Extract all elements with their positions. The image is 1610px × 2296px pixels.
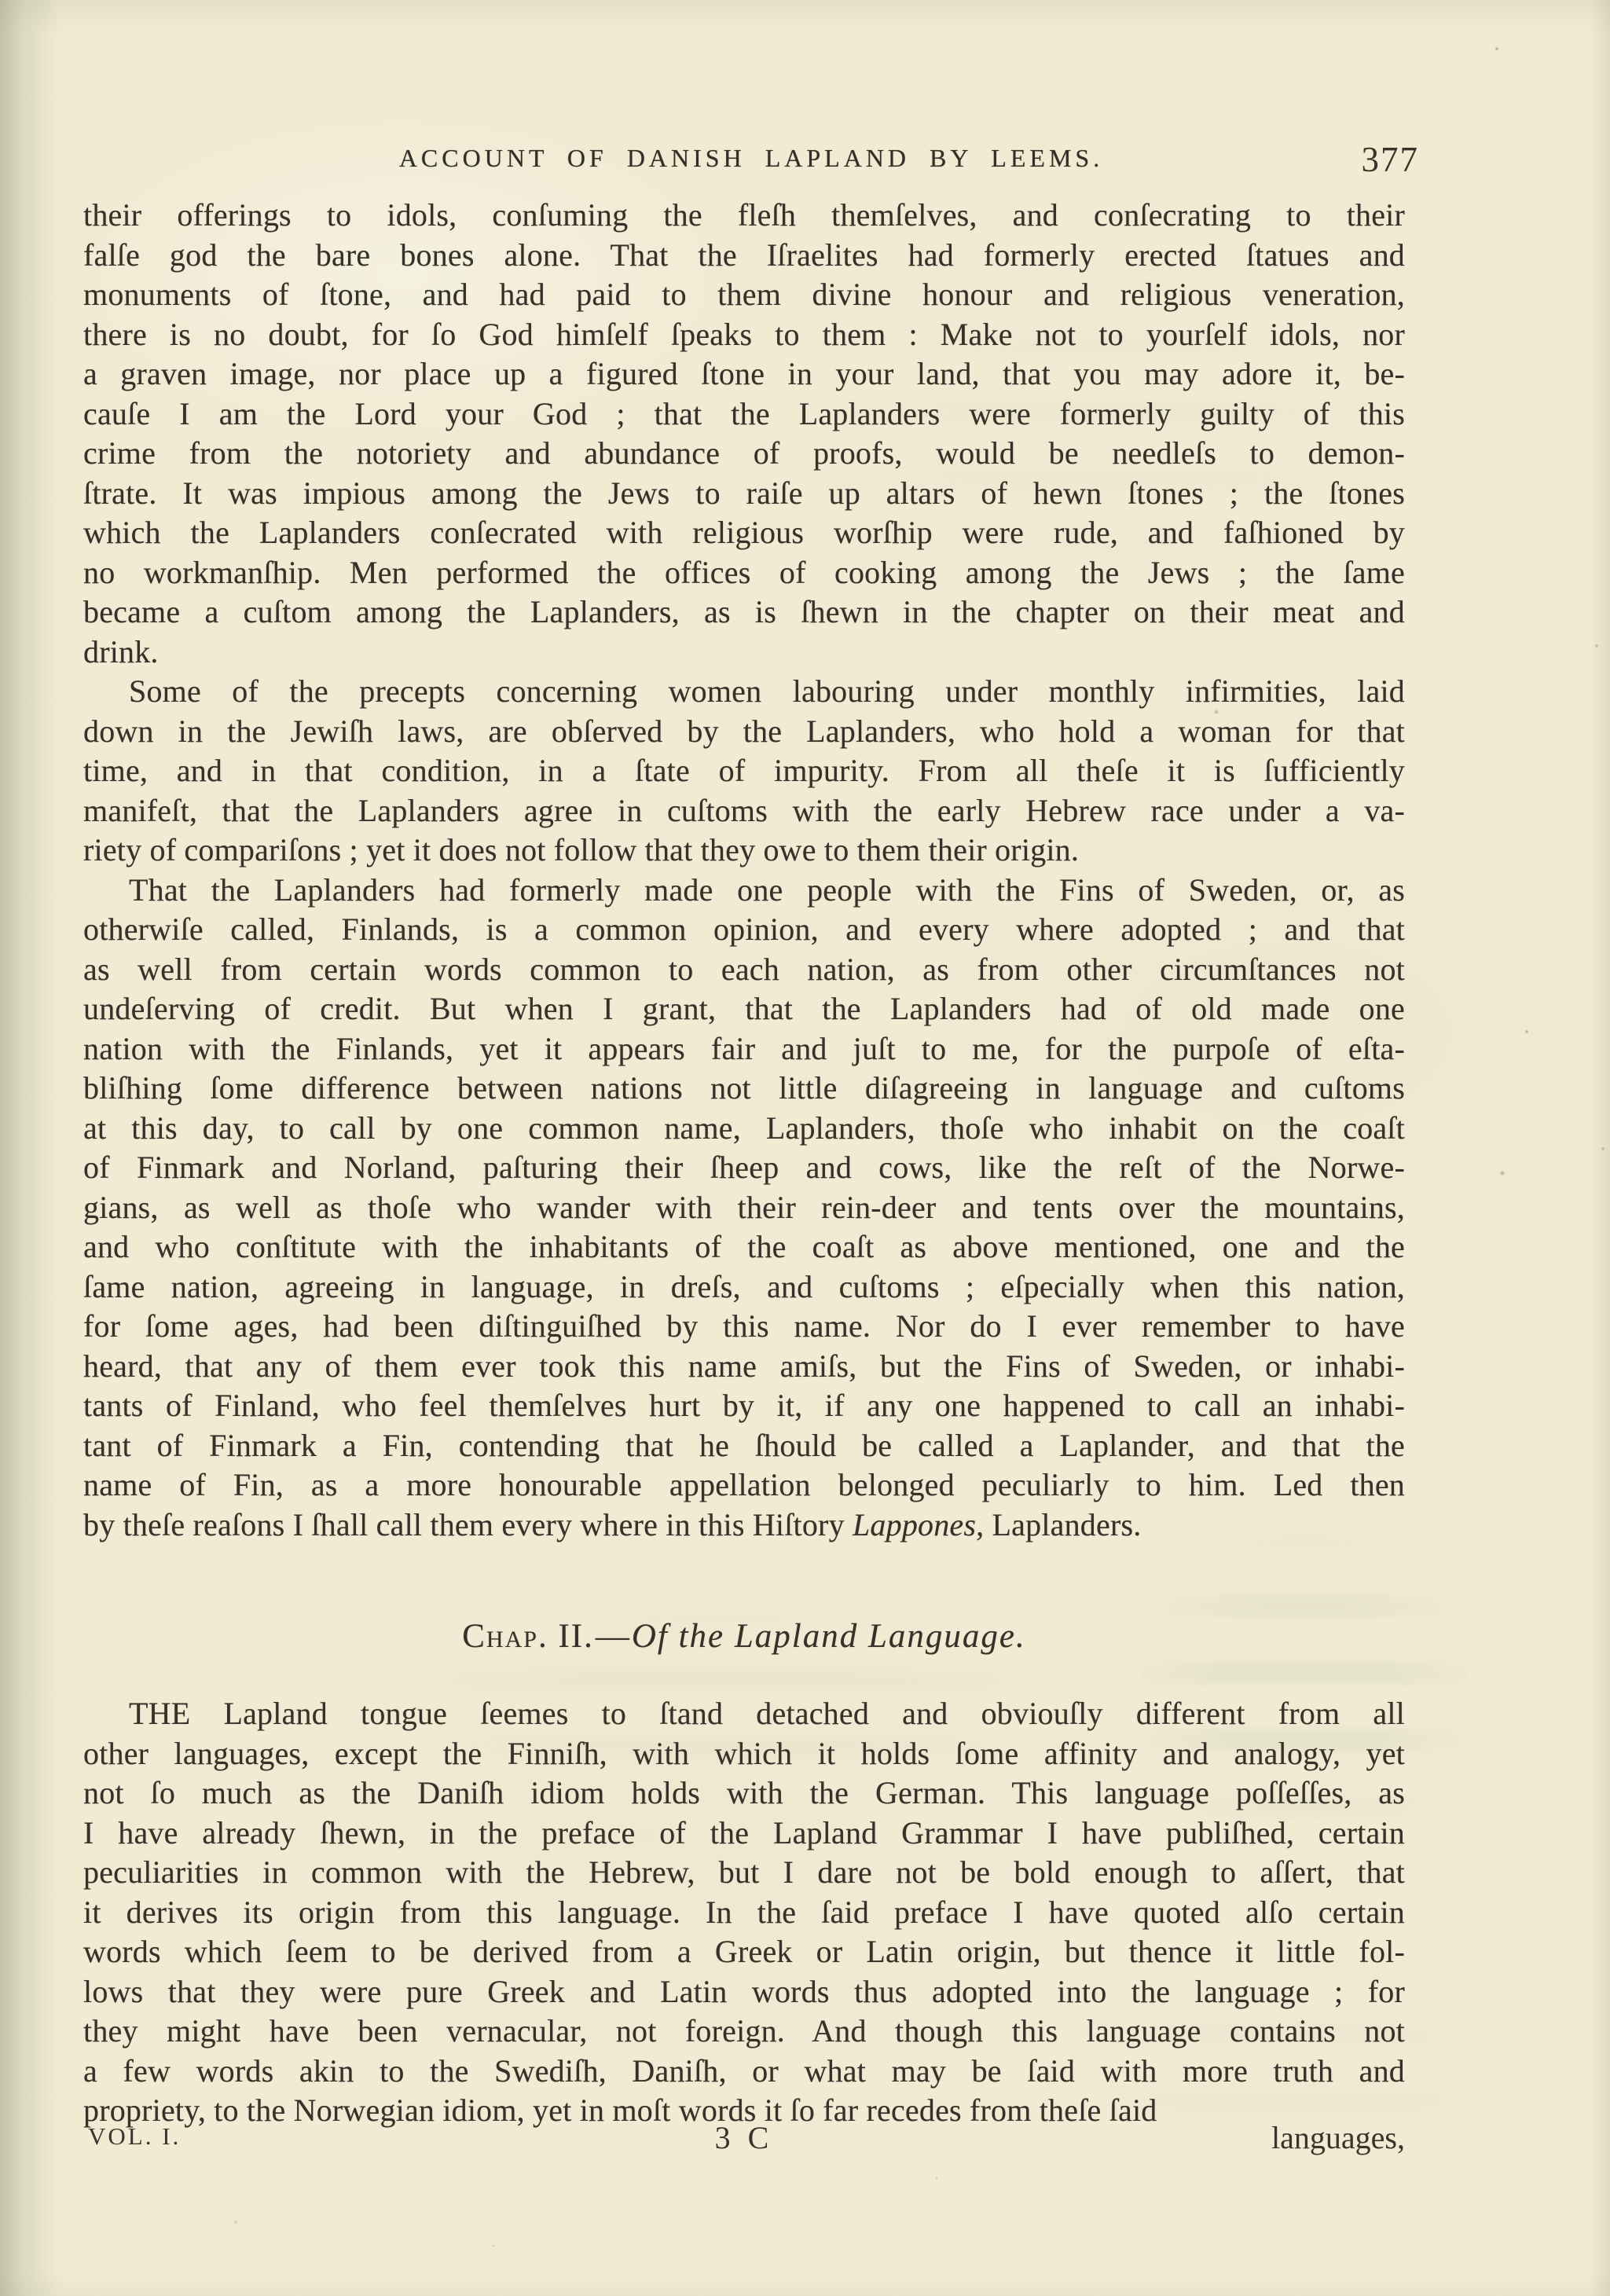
text-line: lows that they were pure Greek and Latin… — [83, 1972, 1405, 2012]
text-line: down in the Jewiſh laws, are obſerved by… — [83, 712, 1405, 752]
text-line: their offerings to idols, conſuming the … — [83, 196, 1405, 236]
text-line: falſe god the bare bones alone. That the… — [83, 236, 1405, 276]
text-line: That the Laplanders had formerly made on… — [83, 871, 1405, 911]
text-line: name of Fin, as a more honourable appell… — [83, 1465, 1405, 1506]
text-line: bliſhing ſome difference between nations… — [83, 1069, 1405, 1109]
page-footer: VOL. I. 3 C languages, — [83, 2119, 1405, 2158]
text-line: as well from certain words common to eac… — [83, 950, 1405, 990]
text-line: Some of the precepts concerning women la… — [83, 672, 1405, 712]
chapter-title: Of the Lapland Language. — [632, 1618, 1026, 1655]
text-line: nation with the Finlands, yet it appears… — [83, 1029, 1405, 1069]
catchword: languages, — [1271, 2119, 1405, 2156]
text-line: monuments of ſtone, and had paid to them… — [83, 275, 1405, 315]
text-line: words which ſeem to be derived from a Gr… — [83, 1932, 1405, 1972]
text-line: no workmanſhip. Men performed the office… — [83, 553, 1405, 593]
text-line: riety of compariſons ; yet it does not f… — [83, 831, 1405, 871]
page-number: 377 — [1362, 139, 1420, 180]
signature-mark: 3 C — [83, 2119, 1405, 2156]
text-line: and who conſtitute with the inhabitants … — [83, 1227, 1405, 1267]
text-line: manifeſt, that the Laplanders agree in c… — [83, 791, 1405, 831]
body-paragraphs-before-heading: their offerings to idols, conſuming the … — [83, 196, 1405, 1545]
body-paragraphs-after-heading: THE Lapland tongue ſeemes to ſtand detac… — [83, 1694, 1405, 2131]
text-line: it derives its origin from this language… — [83, 1893, 1405, 1933]
text-line: a few words akin to the Swediſh, Daniſh,… — [83, 2052, 1405, 2092]
chapter-separator: — — [594, 1618, 632, 1655]
text-line: crime from the notoriety and abundance o… — [83, 434, 1405, 474]
text-line: undeſerving of credit. But when I grant,… — [83, 989, 1405, 1029]
text-line: ſtrate. It was impious among the Jews to… — [83, 474, 1405, 514]
text-line: of Finmark and Norland, paſturing their … — [83, 1148, 1405, 1188]
text-line: ſame nation, agreeing in language, in dr… — [83, 1267, 1405, 1308]
paragraph: That the Laplanders had formerly made on… — [83, 871, 1405, 1546]
text-line: there is no doubt, for ſo God himſelf ſp… — [83, 315, 1405, 355]
text-line: otherwiſe called, Finlands, is a common … — [83, 910, 1405, 950]
text-line: became a cuſtom among the Laplanders, as… — [83, 592, 1405, 633]
text-line: cauſe I am the Lord your God ; that the … — [83, 394, 1405, 435]
paragraph: their offerings to idols, conſuming the … — [83, 196, 1405, 672]
text-line: drink. — [83, 633, 1405, 673]
running-head: ACCOUNT OF DANISH LAPLAND BY LEEMS. 377 — [83, 144, 1419, 183]
text-line: gians, as well as thoſe who wander with … — [83, 1188, 1405, 1228]
text-line: a graven image, nor place up a figured ſ… — [83, 354, 1405, 394]
text-line: THE Lapland tongue ſeemes to ſtand detac… — [83, 1694, 1405, 1734]
text-line: I have already ſhewn, in the preface of … — [83, 1814, 1405, 1854]
text-line: heard, that any of them ever took this n… — [83, 1347, 1405, 1387]
text-line: by theſe reaſons I ſhall call them every… — [83, 1506, 1405, 1546]
text-line: for ſome ages, had been diſtinguiſhed by… — [83, 1307, 1405, 1347]
text-line: time, and in that condition, in a ſtate … — [83, 751, 1405, 791]
chapter-label: Chap. II. — [462, 1618, 594, 1655]
text-line: peculiarities in common with the Hebrew,… — [83, 1853, 1405, 1893]
book-page-scan: ACCOUNT OF DANISH LAPLAND BY LEEMS. 377 … — [0, 0, 1610, 2296]
text-block: their offerings to idols, conſuming the … — [83, 196, 1405, 2131]
text-line: tant of Finmark a Fin, contending that h… — [83, 1426, 1405, 1466]
paragraph: Some of the precepts concerning women la… — [83, 672, 1405, 871]
text-line: tants of Finland, who feel themſelves hu… — [83, 1386, 1405, 1426]
paragraph: THE Lapland tongue ſeemes to ſtand detac… — [83, 1694, 1405, 2131]
chapter-heading: Chap. II.—Of the Lapland Language. — [83, 1616, 1405, 1658]
text-line: not ſo much as the Daniſh idiom holds wi… — [83, 1773, 1405, 1814]
text-line: at this day, to call by one common name,… — [83, 1109, 1405, 1149]
text-line: which the Laplanders conſecrated with re… — [83, 513, 1405, 553]
text-line: they might have been vernacular, not for… — [83, 2012, 1405, 2052]
text-line: other languages, except the Finniſh, wit… — [83, 1734, 1405, 1774]
running-title: ACCOUNT OF DANISH LAPLAND BY LEEMS. — [83, 144, 1419, 173]
